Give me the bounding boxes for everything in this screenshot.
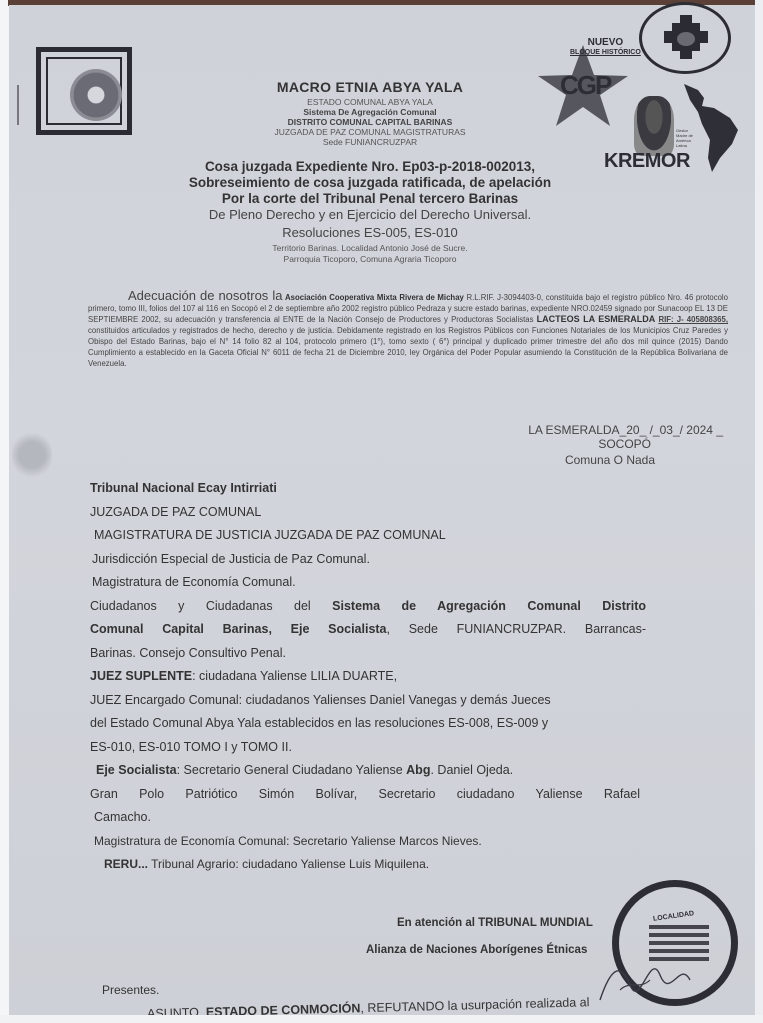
presentes-line: Presentes. (102, 983, 159, 997)
margin-mark (17, 85, 19, 125)
photo-bottom-edge (0, 1015, 763, 1023)
case-line: Sobreseimiento de cosa juzgada ratificad… (140, 175, 600, 190)
photo-right-edge (755, 0, 763, 1023)
chakana-cross-icon (639, 2, 731, 74)
map-caption: Gestor Madre de América Latina (676, 128, 700, 148)
case-line: Por la corte del Tribunal Penal tercero … (140, 191, 600, 206)
territory-line: Territorio Barinas. Localidad Antonio Jo… (140, 243, 600, 253)
date-line: LA ESMERALDA_20_ /_03_/ 2024 _ (423, 423, 723, 437)
header-line: Sede FUNIANCRUZPAR (180, 137, 560, 147)
intro-paragraph: Adecuación de nosotros la Asociación Coo… (88, 290, 728, 369)
attention-line: En atención al TRIBUNAL MUNDIAL (397, 917, 593, 929)
kremor-logo: KREMOR (604, 150, 690, 173)
emblem-seal-icon (36, 47, 132, 135)
paper-smudge (12, 430, 52, 480)
header-line: JUZGADA DE PAZ COMUNAL MAGISTRATURAS (180, 127, 560, 137)
addressee-block: Tribunal Nacional Ecay Intirriati JUZGAD… (90, 481, 646, 881)
tribunal-name: Tribunal Nacional Ecay Intirriati (90, 481, 646, 505)
star-logo-text: NUEVO BLOQUE HISTÓRICO (570, 38, 641, 58)
header-line: Sistema De Agregación Comunal (180, 107, 560, 117)
rif-number: RIF: J- 405808365, (658, 315, 728, 324)
authority-line: De Pleno Derecho y en Ejercicio del Dere… (140, 207, 600, 222)
header-line: DISTRITO COMUNAL CAPITAL BARINAS (180, 117, 560, 127)
attention-line: Alianza de Naciones Aborígenes Étnicas (366, 944, 587, 956)
signature-icon (590, 930, 700, 1010)
star-logo-letters: CGP (560, 70, 610, 101)
territory-line: Parroquia Ticoporo, Comuna Agraria Ticop… (140, 254, 600, 264)
header-title: MACRO ETNIA ABYA YALA (180, 79, 560, 95)
header-line: ESTADO COMUNAL ABYA YALA (180, 97, 560, 107)
place-line: SOCOPÓ (351, 437, 651, 451)
portrait-image (634, 96, 674, 156)
motto-line: Comuna O Nada (355, 453, 655, 467)
resolutions-line: Resoluciones ES-005, ES-010 (140, 225, 600, 240)
case-line: Cosa juzgada Expediente Nro. Ep03-p-2018… (140, 159, 600, 174)
